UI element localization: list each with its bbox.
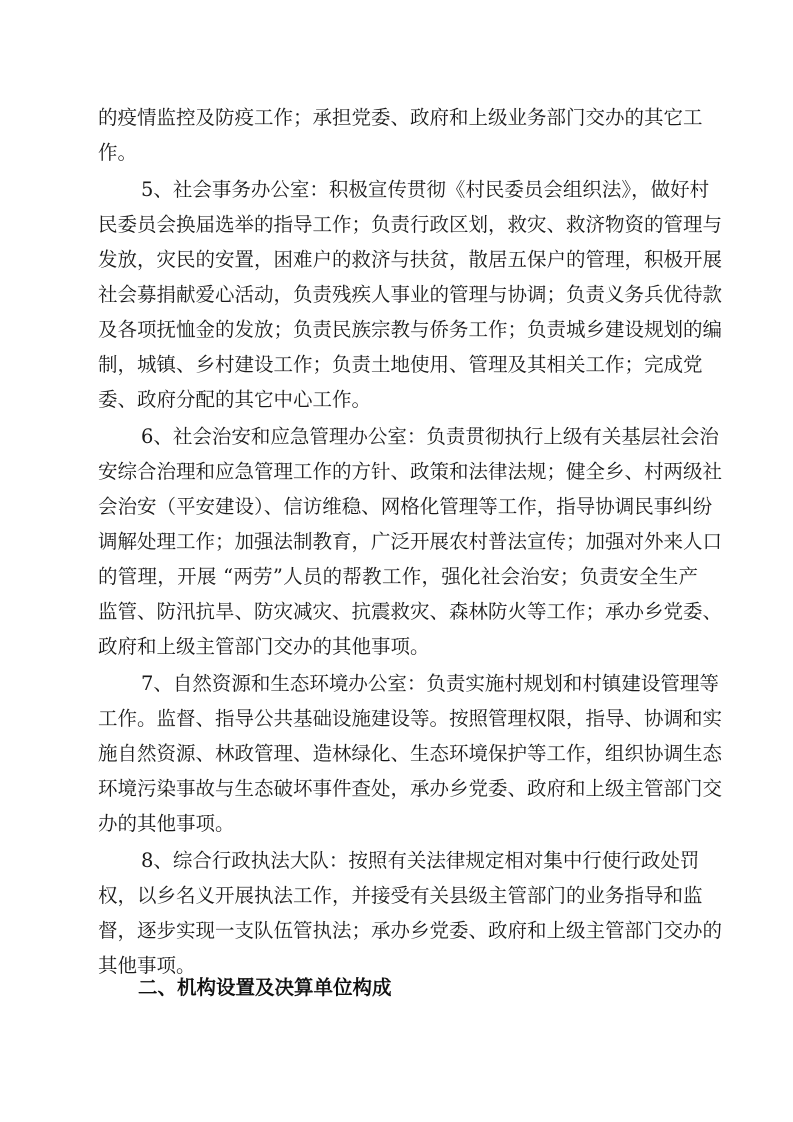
paragraph-line: 的疫情监控及防疫工作；承担党委、政府和上级业务部门交办的其它工 — [98, 104, 698, 132]
paragraph-line: 委、政府分配的其它中心工作。 — [98, 386, 698, 414]
paragraph-line: 权，以乡名义开展执法工作，并接受有关县级主管部门的业务指导和监 — [98, 882, 698, 910]
paragraph-line: 施自然资源、林政管理、造林绿化、生态环境保护等工作，组织协调生态 — [98, 740, 698, 768]
paragraph-line: 安综合治理和应急管理工作的方针、政策和法律法规；健全乡、村两级社 — [98, 458, 698, 486]
paragraph-line: 会治安（平安建设）、信访维稳、网格化管理等工作，指导协调民事纠纷 — [98, 493, 698, 521]
paragraph-line: 5、社会事务办公室：积极宣传贯彻《村民委员会组织法》，做好村 — [141, 176, 698, 204]
paragraph-line: 7、自然资源和生态环境办公室：负责实施村规划和村镇建设管理等 — [141, 670, 698, 698]
paragraph-line: 督，逐步实现一支队伍管执法；承办乡党委、政府和上级主管部门交办的 — [98, 917, 698, 945]
paragraph-line: 及各项抚恤金的发放；负责民族宗教与侨务工作；负责城乡建设规划的编 — [98, 316, 698, 344]
paragraph-line: 社会募捐献爱心活动，负责残疾人事业的管理与协调；负责义务兵优待款 — [98, 281, 698, 309]
paragraph-line: 的管理，开展 “两劳”人员的帮教工作，强化社会治安；负责安全生产 — [98, 563, 698, 591]
paragraph-line: 环境污染事故与生态破坏事件查处，承办乡党委、政府和上级主管部门交 — [98, 775, 698, 803]
paragraph-line: 发放，灾民的安置，困难户的救济与扶贫，散居五保户的管理，积极开展 — [98, 246, 698, 274]
document-page: 的疫情监控及防疫工作；承担党委、政府和上级业务部门交办的其它工 作。 5、社会事… — [0, 0, 793, 1122]
paragraph-line: 6、社会治安和应急管理办公室：负责贯彻执行上级有关基层社会治 — [141, 423, 698, 451]
paragraph-line: 制，城镇、乡村建设工作；负责土地使用、管理及其相关工作；完成党 — [98, 351, 698, 379]
paragraph-line: 工作。监督、指导公共基础设施建设等。按照管理权限，指导、协调和实 — [98, 705, 698, 733]
paragraph-line: 8、综合行政执法大队：按照有关法律规定相对集中行使行政处罚 — [141, 847, 698, 875]
paragraph-line: 政府和上级主管部门交办的其他事项。 — [98, 633, 698, 661]
section-heading: 二、机构设置及决算单位构成 — [138, 973, 392, 1003]
paragraph-line: 民委员会换届选举的指导工作；负责行政区划，救灾、救济物资的管理与 — [98, 211, 698, 239]
paragraph-line: 办的其他事项。 — [98, 810, 698, 838]
paragraph-line: 监管、防汛抗旱、防灾减灾、抗震救灾、森林防火等工作；承办乡党委、 — [98, 598, 698, 626]
paragraph-line: 调解处理工作；加强法制教育，广泛开展农村普法宣传；加强对外来人口 — [98, 528, 698, 556]
paragraph-line: 作。 — [98, 139, 698, 167]
